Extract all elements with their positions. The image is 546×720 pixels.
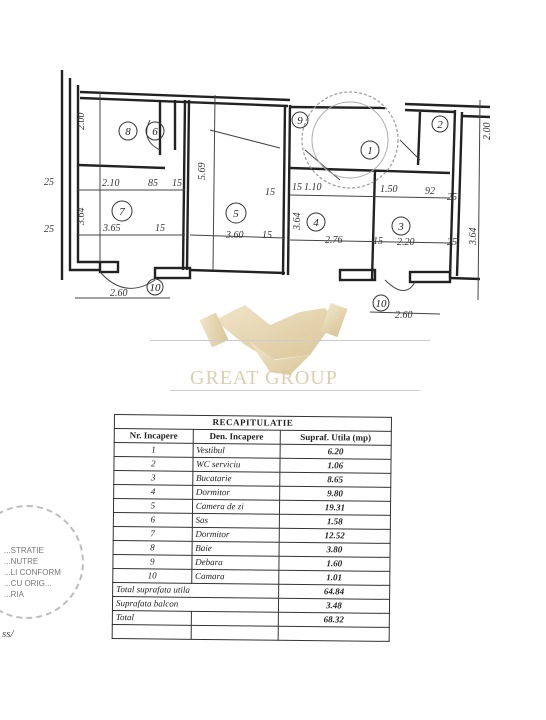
svg-text:3.65: 3.65 [102, 223, 121, 234]
svg-text:2.20: 2.20 [397, 237, 415, 248]
room-name: Sas [192, 513, 279, 528]
svg-text:15: 15 [265, 187, 275, 198]
recap-table: RECAPITULATIE Nr. Incapere Den. Incapere… [112, 414, 392, 642]
room-nr: 5 [113, 499, 192, 514]
svg-text:15: 15 [262, 230, 272, 241]
room-number-1: 1 [367, 145, 373, 157]
svg-text:2.10: 2.10 [102, 178, 120, 189]
room-name: Camera de zi [192, 499, 279, 514]
svg-text:3.64: 3.64 [76, 208, 87, 227]
room-nr: 9 [113, 554, 192, 569]
empty-cell [112, 624, 191, 639]
svg-text:1.10: 1.10 [304, 182, 322, 193]
balcony-label: Suprafata balcon [112, 596, 278, 612]
svg-text:85: 85 [148, 178, 158, 189]
empty-cell [278, 626, 389, 641]
total-value: 68.32 [278, 612, 389, 627]
room-nr: 2 [114, 457, 193, 472]
room-number-4: 4 [313, 217, 319, 229]
stamp-line: ...STRATIE [4, 545, 61, 556]
svg-text:2.60: 2.60 [110, 288, 128, 299]
room-name: Dormitor [192, 485, 279, 500]
room-name: Vestibul [193, 443, 280, 458]
svg-text:3.64: 3.64 [292, 213, 303, 232]
room-name: Bucatarie [192, 471, 279, 486]
room-nr: 4 [114, 485, 193, 500]
room-number-10a: 10 [150, 282, 162, 294]
room-nr: 7 [113, 526, 192, 541]
svg-text:25: 25 [447, 237, 457, 248]
svg-text:15: 15 [373, 236, 383, 247]
room-name: WC serviciu [193, 457, 280, 472]
room-area: 1.06 [280, 458, 391, 473]
signature: ss/ [2, 628, 14, 640]
svg-text:1.50: 1.50 [380, 184, 398, 195]
room-number-3: 3 [397, 221, 404, 233]
stamp-line: ...LI CONFORM [4, 567, 61, 578]
svg-text:2.76: 2.76 [325, 235, 343, 246]
floor-plan-drawing: 8 6 7 5 4 3 2 1 9 10 10 2.00 2.00 25 25 … [0, 0, 546, 330]
scan-noise [170, 390, 420, 391]
room-area: 6.20 [280, 444, 391, 459]
room-name: Camara [191, 569, 278, 584]
room-nr: 3 [114, 471, 193, 486]
total-util-label: Total suprafata utila [113, 582, 279, 598]
room-number-6: 6 [152, 126, 158, 138]
room-number-2: 2 [437, 119, 443, 131]
scan-noise [150, 340, 430, 341]
stamp-line: ...CU ORIG... [4, 578, 61, 589]
svg-text:15: 15 [155, 223, 165, 234]
room-nr: 10 [113, 568, 192, 583]
blank-row [112, 624, 389, 641]
col-header-area: Supraf. Utila (mp) [280, 430, 391, 445]
svg-text:92: 92 [425, 186, 435, 197]
room-area: 12.52 [279, 528, 390, 543]
room-nr: 6 [113, 512, 192, 527]
stamp-line: ...NUTRE [4, 556, 61, 567]
total-util-value: 64.84 [278, 584, 389, 599]
stamp-text: ...STRATIE ...NUTRE ...LI CONFORM ...CU … [4, 545, 61, 600]
svg-text:2.00: 2.00 [76, 113, 87, 131]
stamp-line: ...RIA [4, 589, 61, 600]
svg-text:15: 15 [292, 182, 302, 193]
col-header-name: Den. Incapere [193, 429, 280, 444]
empty-cell [191, 625, 278, 640]
room-area: 19.31 [279, 500, 390, 515]
room-number-9: 9 [297, 115, 303, 127]
watermark-brand: GREAT GROUP [190, 367, 338, 390]
svg-text:2.00: 2.00 [482, 123, 493, 141]
svg-text:25: 25 [447, 192, 457, 203]
svg-text:3.64: 3.64 [468, 228, 479, 247]
empty-cell [191, 611, 278, 626]
room-area: 9.80 [279, 486, 390, 501]
room-area: 8.65 [279, 472, 390, 487]
svg-text:3.60: 3.60 [225, 230, 244, 241]
balcony-value: 3.48 [278, 598, 389, 613]
svg-text:25: 25 [44, 224, 54, 235]
room-number-7: 7 [119, 206, 125, 218]
room-area: 1.60 [279, 556, 390, 571]
total-label: Total [112, 610, 191, 625]
svg-text:5.69: 5.69 [197, 163, 208, 181]
room-name: Debara [192, 555, 279, 570]
room-nr: 8 [113, 540, 192, 555]
room-number-5: 5 [233, 208, 239, 220]
room-name: Dormitor [192, 527, 279, 542]
room-number-8: 8 [125, 126, 131, 138]
svg-text:15: 15 [172, 178, 182, 189]
svg-text:25: 25 [44, 177, 54, 188]
room-area: 1.01 [278, 570, 389, 585]
room-area: 3.80 [279, 542, 390, 557]
col-header-nr: Nr. Incapere [114, 429, 193, 444]
handshake-icon [150, 300, 410, 410]
room-area: 1.58 [279, 514, 390, 529]
room-name: Baie [192, 541, 279, 556]
room-nr: 1 [114, 443, 193, 458]
